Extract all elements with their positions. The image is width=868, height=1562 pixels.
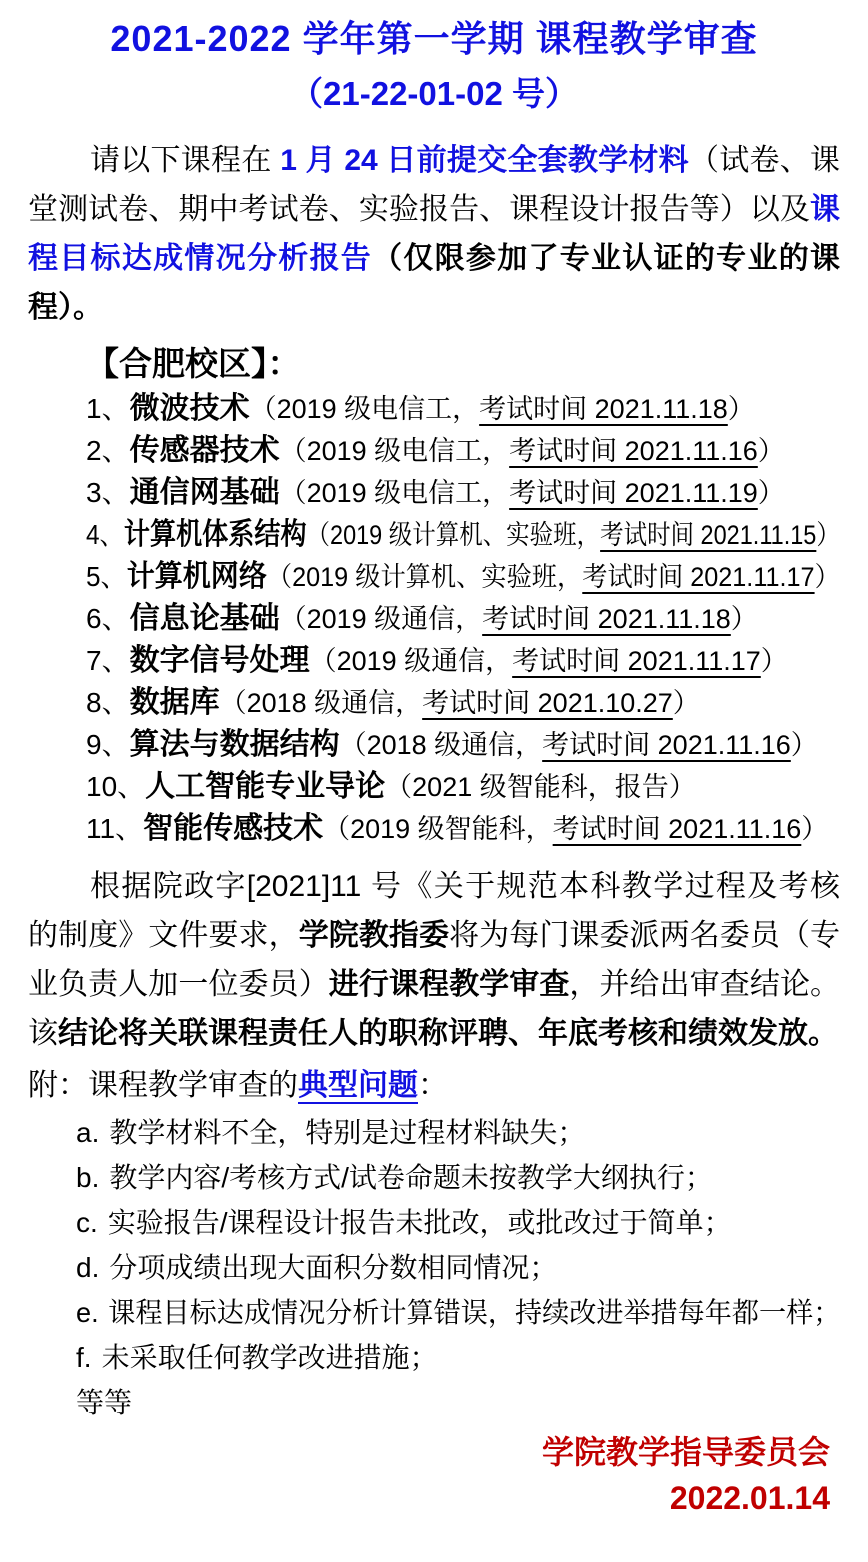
text-segment: ： [418,1069,448,1102]
text-segment: 结论将关联课程责任人的职称评聘、年底考核和绩效发放。 [58,1017,838,1050]
intro-paragraph: 请以下课程在 1 月 24 日前提交全套教学材料（试卷、课堂测试卷、期中考试卷、… [28,136,840,332]
course-details: （2019 级计算机、实验班，考试时间 2021.11.15） [307,520,840,550]
close-paren: ） [673,688,700,718]
signature-org: 学院教学指导委员会 [28,1429,830,1475]
text-segment: 附：课程教学审查的 [28,1069,298,1102]
course-class-info: （2019 级智能科， [323,814,553,844]
course-item: 5、计算机网络（2019 级计算机、实验班，考试时间 2021.11.17） [86,556,790,598]
exam-date: 考试时间 2021.11.17 [512,646,761,676]
course-class-info: （2018 级通信， [340,730,543,760]
course-item: 2、传感器技术（2019 级电信工，考试时间 2021.11.16） [86,430,840,472]
problem-item: 等等 [76,1380,840,1425]
course-details: （2019 级计算机、实验班，考试时间 2021.11.17） [267,562,840,592]
exam-date: 考试时间 2021.10.27 [422,688,673,718]
close-paren: ） [731,604,758,634]
course-class-info: （2019 级电信工， [280,436,510,466]
course-class-info: （2019 级计算机、实验班， [307,520,601,550]
exam-date: 考试时间 2021.11.16 [542,730,791,760]
course-number: 11、 [86,813,143,844]
course-number: 9、 [86,729,130,760]
course-name: 人工智能专业导论 [145,770,385,803]
problem-item: b.教学内容/考核方式/试卷命题未按教学大纲执行； [76,1155,840,1200]
course-details: （2019 级通信，考试时间 2021.11.17） [310,646,788,676]
course-item: 7、数字信号处理（2019 级通信，考试时间 2021.11.17） [86,640,840,682]
course-item: 11、智能传感技术（2019 级智能科，考试时间 2021.11.16） [86,808,840,850]
close-paren: ） [761,646,788,676]
close-paren: ） [728,394,755,424]
course-class-info: （2018 级通信， [220,688,423,718]
exam-date: 考试时间 2021.11.19 [509,478,758,508]
campus-heading: 【合肥校区】： [86,344,840,384]
close-paren: ） [815,562,840,592]
course-name: 传感器技术 [130,434,280,467]
course-details: （2019 级电信工，考试时间 2021.11.19） [280,478,785,508]
problem-list: a.教学材料不全，特别是过程材料缺失；b.教学内容/考核方式/试卷命题未按教学大… [76,1110,840,1425]
problem-item: e.课程目标达成情况分析计算错误，持续改进举措每年都一样； [76,1290,816,1335]
document-number: （21-22-01-02 号） [28,74,840,114]
text-segment: 1 月 24 日前提交全套教学材料 [280,144,689,177]
course-number: 5、 [86,561,127,592]
problem-text: 等等 [76,1387,132,1418]
course-class-info: （2021 级智能科，报告） [385,772,696,802]
course-details: （2021 级智能科，报告） [385,772,696,802]
course-name: 智能传感技术 [143,812,323,845]
exam-date: 考试时间 2021.11.17 [582,562,814,592]
course-item: 4、计算机体系结构（2019 级计算机、实验班，考试时间 2021.11.15） [86,514,742,556]
text-segment: 学院教指委 [299,919,449,952]
course-name: 数字信号处理 [130,644,310,677]
signature-block: 学院教学指导委员会 2022.01.14 [28,1429,830,1521]
problem-label: c. [76,1207,98,1238]
document-title: 2021-2022 学年第一学期 课程教学审查 [28,16,840,62]
text-segment: 进行课程教学审查 [329,968,570,1001]
course-name: 信息论基础 [130,602,280,635]
problem-text: 未采取任何教学改进措施； [102,1342,438,1373]
course-number: 2、 [86,435,130,466]
exam-date: 考试时间 2021.11.18 [482,604,731,634]
close-paren: ） [816,520,839,550]
course-number: 4、 [86,519,124,550]
course-item: 6、信息论基础（2019 级通信，考试时间 2021.11.18） [86,598,840,640]
course-number: 10、 [86,771,145,802]
problem-text: 实验报告/课程设计报告未批改，或批改过于简单； [108,1207,732,1238]
course-name: 计算机体系结构 [124,518,307,551]
close-paren: ） [791,730,818,760]
text-segment: 请以下课程在 [90,144,280,177]
course-number: 1、 [86,393,130,424]
problem-label: f. [76,1342,92,1373]
problem-text: 教学内容/考核方式/试卷命题未按教学大纲执行； [109,1162,713,1193]
course-list: 1、微波技术（2019 级电信工，考试时间 2021.11.18）2、传感器技术… [86,388,840,850]
course-class-info: （2019 级电信工， [250,394,480,424]
problem-label: e. [76,1297,99,1328]
course-number: 3、 [86,477,130,508]
course-name: 计算机网络 [127,560,267,593]
problem-label: d. [76,1252,99,1283]
problem-item: f.未采取任何教学改进措施； [76,1335,840,1380]
course-item: 9、算法与数据结构（2018 级通信，考试时间 2021.11.16） [86,724,840,766]
close-paren: ） [758,436,785,466]
course-number: 8、 [86,687,130,718]
course-details: （2019 级电信工，考试时间 2021.11.16） [280,436,785,466]
course-item: 8、数据库（2018 级通信，考试时间 2021.10.27） [86,682,840,724]
course-item: 1、微波技术（2019 级电信工，考试时间 2021.11.18） [86,388,840,430]
close-paren: ） [801,814,828,844]
exam-date: 考试时间 2021.11.16 [553,814,802,844]
problem-item: c.实验报告/课程设计报告未批改，或批改过于简单； [76,1200,840,1245]
problem-item: a.教学材料不全，特别是过程材料缺失； [76,1110,840,1155]
course-item: 3、通信网基础（2019 级电信工，考试时间 2021.11.19） [86,472,840,514]
course-class-info: （2019 级通信， [310,646,513,676]
exam-date: 考试时间 2021.11.18 [479,394,728,424]
course-name: 算法与数据结构 [130,728,340,761]
course-name: 通信网基础 [130,476,280,509]
course-name: 微波技术 [130,392,250,425]
problem-text: 课程目标达成情况分析计算错误，持续改进举措每年都一样； [108,1297,840,1328]
problem-item: d.分项成绩出现大面积分数相同情况； [76,1245,840,1290]
course-class-info: （2019 级电信工， [280,478,510,508]
course-name: 数据库 [130,686,220,719]
text-segment: 典型问题 [298,1069,418,1102]
problem-text: 教学材料不全，特别是过程材料缺失； [109,1117,585,1148]
course-number: 6、 [86,603,130,634]
exam-date: 考试时间 2021.11.16 [509,436,758,466]
course-details: （2018 级通信，考试时间 2021.10.27） [220,688,700,718]
problem-label: a. [76,1117,99,1148]
close-paren: ） [758,478,785,508]
signature-date: 2022.01.14 [28,1475,830,1521]
notice-document: 2021-2022 学年第一学期 课程教学审查 （21-22-01-02 号） … [28,16,840,1521]
course-item: 10、人工智能专业导论（2021 级智能科，报告） [86,766,840,808]
course-details: （2019 级电信工，考试时间 2021.11.18） [250,394,755,424]
course-class-info: （2019 级计算机、实验班， [267,562,582,592]
problem-label: b. [76,1162,99,1193]
exam-date: 考试时间 2021.11.15 [600,520,816,550]
problem-text: 分项成绩出现大面积分数相同情况； [109,1252,557,1283]
course-details: （2019 级通信，考试时间 2021.11.18） [280,604,758,634]
course-details: （2018 级通信，考试时间 2021.11.16） [340,730,818,760]
policy-paragraph: 根据院政字[2021]11 号《关于规范本科教学过程及考核的制度》文件要求，学院… [28,862,840,1058]
attachment-heading: 附：课程教学审查的典型问题： [28,1066,840,1106]
course-class-info: （2019 级通信， [280,604,483,634]
course-details: （2019 级智能科，考试时间 2021.11.16） [323,814,828,844]
course-number: 7、 [86,645,130,676]
notice-page: { "colors": { "accent_blue": "#1111E0", … [0,0,868,1562]
